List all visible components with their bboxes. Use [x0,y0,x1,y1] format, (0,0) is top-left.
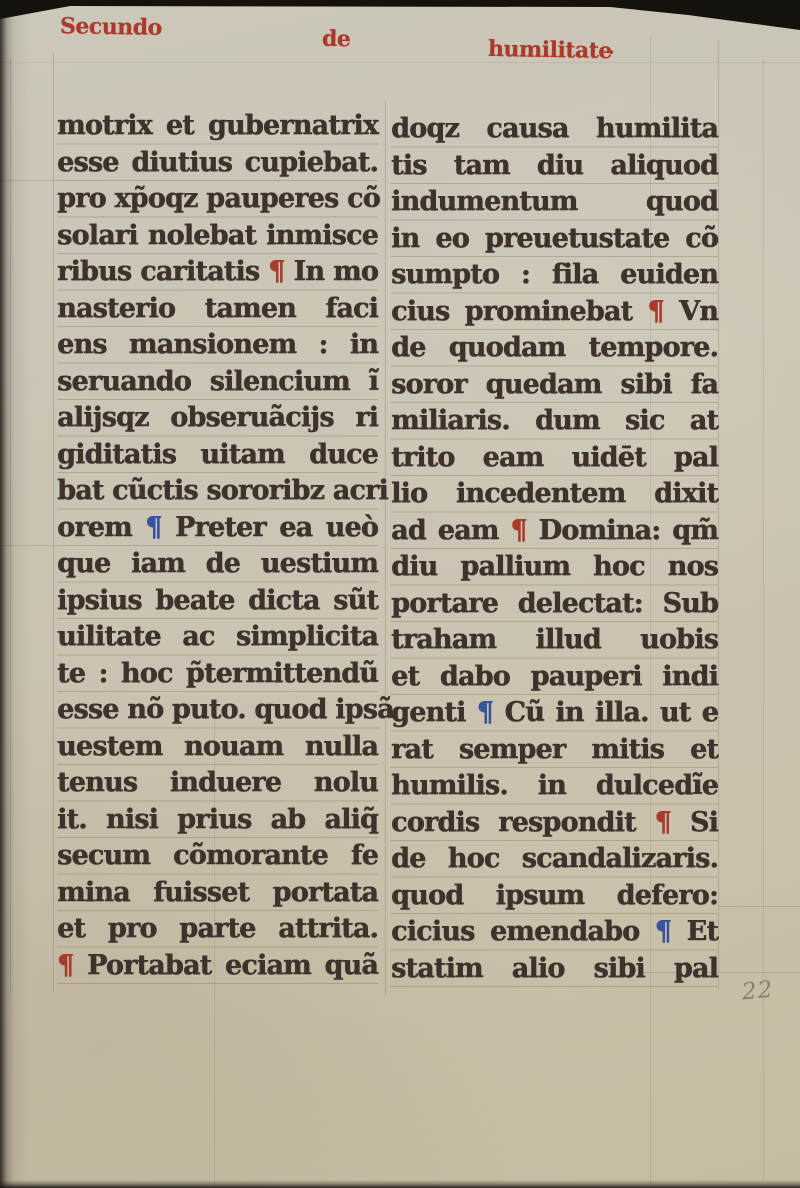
line-text: soror quedam sibi fa [391,369,718,400]
line-text: diu pallium hoc nos [391,551,718,582]
line-text: seruando silencium ĩ [57,366,378,397]
manuscript-line: in eo preuetustate cõ [391,221,718,258]
line-text: tis tam diu aliquod [391,150,718,181]
manuscript-line: pro xp̃oqz pauperes cõ [57,181,378,218]
line-text: ad eam [391,515,498,546]
line-text: cicius emendabo [391,916,639,947]
line-text: esse nõ puto. quod ipsã [57,694,394,725]
binding-shadow [0,0,30,1188]
line-text: ens mansionem : in [57,329,378,360]
line-text: doqz causa humilita [391,113,718,144]
line-text: te : hoc p̃termittendũ [57,658,378,689]
line-text: de quodam tempore. [391,332,718,363]
pilcrow-mark: ¶ [477,697,493,728]
manuscript-line: trito eam uidēt pal [391,440,718,477]
line-text: traham illud uobis [391,624,718,655]
line-text: alijsqz obseruãcijs ri [57,402,378,433]
line-text: miliaris. dum sic at [391,405,718,436]
manuscript-line: ad eam ¶ Domina: qm̃ [391,513,718,550]
folio-number: 22 [741,977,774,1006]
manuscript-line: uilitate ac simplicita [57,619,378,656]
line-text: orem [57,512,132,543]
pilcrow-mark: ¶ [268,256,284,287]
manuscript-line: humilis. in dulcedĩe [391,768,718,805]
line-text: secum cõmorante fe [57,840,378,871]
line-text: uilitate ac simplicita [57,621,378,652]
manuscript-line: solari nolebat inmisce [57,218,378,255]
line-text: Domina: qm̃ [539,515,718,546]
manuscript-line: giditatis uitam duce [57,437,378,474]
manuscript-page: Secundo de humilitate · motrix et gubern… [0,0,800,1188]
line-text: rat semper mitis et [391,734,718,765]
manuscript-line: soror quedam sibi fa [391,367,718,404]
pilcrow-mark: ¶ [510,515,526,546]
line-text: quod ipsum defero: [391,880,718,911]
text-column-left: motrix et gubernatrixesse diutius cupieb… [57,108,378,985]
manuscript-line: seruando silencium ĩ [57,364,378,401]
manuscript-line: cius prominebat ¶ Vn [391,294,718,331]
manuscript-line: de quodam tempore. [391,330,718,367]
rubric-dot: · [608,40,615,64]
pilcrow-mark: ¶ [647,296,663,327]
line-text: Cũ in illa. ut e [504,697,718,728]
manuscript-line: genti ¶ Cũ in illa. ut e [391,695,718,732]
manuscript-line: nasterio tamen faci [57,291,378,328]
manuscript-line: miliaris. dum sic at [391,403,718,440]
manuscript-line: te : hoc p̃termittendũ [57,656,378,693]
line-text: cius prominebat [391,296,632,327]
line-text: in eo preuetustate cõ [391,223,718,254]
parchment-crease [763,60,764,1180]
manuscript-line: indumentum quod [391,184,718,221]
line-text: esse diutius cupiebat. [57,147,378,178]
line-text: nasterio tamen faci [57,293,378,324]
line-text: cordis respondit [391,807,636,838]
line-text: it. nisi prius ab aliq̃ [57,804,378,835]
line-text: Si [690,807,718,838]
manuscript-line: diu pallium hoc nos [391,549,718,586]
line-text: Preter ea ueò [175,512,378,543]
line-text: et dabo pauperi indi [391,661,718,692]
line-text: pro xp̃oqz pauperes cõ [57,183,380,214]
manuscript-line: ¶ Portabat eciam quã [57,948,378,985]
manuscript-line: motrix et gubernatrix [57,108,378,145]
pilcrow-mark: ¶ [655,916,671,947]
manuscript-line: ipsius beate dicta sũt [57,583,378,620]
manuscript-line: it. nisi prius ab aliq̃ [57,802,378,839]
line-text: statim alio sibi pal [391,953,718,984]
line-text: genti [391,697,465,728]
manuscript-line: lio incedentem dixit [391,476,718,513]
manuscript-line: et pro parte attrita. [57,911,378,948]
manuscript-line: bat cũctis sororibz acri [57,473,378,510]
line-text: giditatis uitam duce [57,439,378,470]
header-rule [0,62,800,63]
margin-rule-horizontal [718,906,800,907]
line-text: de hoc scandalizaris. [391,843,718,874]
line-text: humilis. in dulcedĩe [391,770,718,801]
margin-rule-vertical [718,40,719,990]
manuscript-line: doqz causa humilita [391,111,718,148]
line-text: et pro parte attrita. [57,913,378,944]
line-text: bat cũctis sororibz acri [57,475,388,506]
line-text: Portabat eciam quã [87,950,378,981]
manuscript-line: esse nõ puto. quod ipsã [57,692,378,729]
intercolumn-rule [385,100,386,995]
manuscript-line: quod ipsum defero: [391,878,718,915]
manuscript-line: tenus induere nolu [57,765,378,802]
manuscript-line: et dabo pauperi indi [391,659,718,696]
manuscript-line: de hoc scandalizaris. [391,841,718,878]
manuscript-line: rat semper mitis et [391,732,718,769]
line-text: portare delectat: Sub [391,588,718,619]
running-header-center: de [322,26,351,52]
manuscript-line: cordis respondit ¶ Si [391,805,718,842]
line-text: tenus induere nolu [57,767,378,798]
line-text: trito eam uidēt pal [391,442,718,473]
line-text: que iam de uestium [57,548,378,579]
line-text: mina fuisset portata [57,877,378,908]
manuscript-line: tis tam diu aliquod [391,148,718,185]
manuscript-line: cicius emendabo ¶ Et [391,914,718,951]
line-text: Vn [679,296,718,327]
margin-rule-vertical [53,52,54,992]
manuscript-line: que iam de uestium [57,546,378,583]
line-text: indumentum quod [391,186,718,217]
manuscript-line: portare delectat: Sub [391,586,718,623]
line-text: ipsius beate dicta sũt [57,585,378,616]
manuscript-line: sumpto : fila euiden [391,257,718,294]
line-text: ribus caritatis [57,256,259,287]
manuscript-line: secum cõmorante fe [57,838,378,875]
line-text: lio incedentem dixit [391,478,718,509]
text-column-right: doqz causa humilitatis tam diu aliquodin… [391,111,718,988]
line-text: sumpto : fila euiden [391,259,718,290]
manuscript-line: traham illud uobis [391,622,718,659]
manuscript-line: mina fuisset portata [57,875,378,912]
photo-bottom-edge [0,1180,800,1188]
manuscript-line: alijsqz obseruãcijs ri [57,400,378,437]
manuscript-line: ribus caritatis ¶ In mo [57,254,378,291]
pilcrow-mark: ¶ [145,512,161,543]
manuscript-line: ens mansionem : in [57,327,378,364]
manuscript-line: orem ¶ Preter ea ueò [57,510,378,547]
line-text: In mo [293,256,378,287]
line-text: motrix et gubernatrix [57,110,378,141]
line-text: Et [687,916,718,947]
manuscript-line: esse diutius cupiebat. [57,145,378,182]
running-header-right: humilitate [488,36,612,64]
line-text: uestem nouam nulla [57,731,378,762]
running-header-left: Secundo [60,13,162,41]
pilcrow-mark: ¶ [57,950,73,981]
manuscript-line: uestem nouam nulla [57,729,378,766]
manuscript-line: statim alio sibi pal [391,951,718,988]
line-text: solari nolebat inmisce [57,220,378,251]
pilcrow-mark: ¶ [655,807,671,838]
